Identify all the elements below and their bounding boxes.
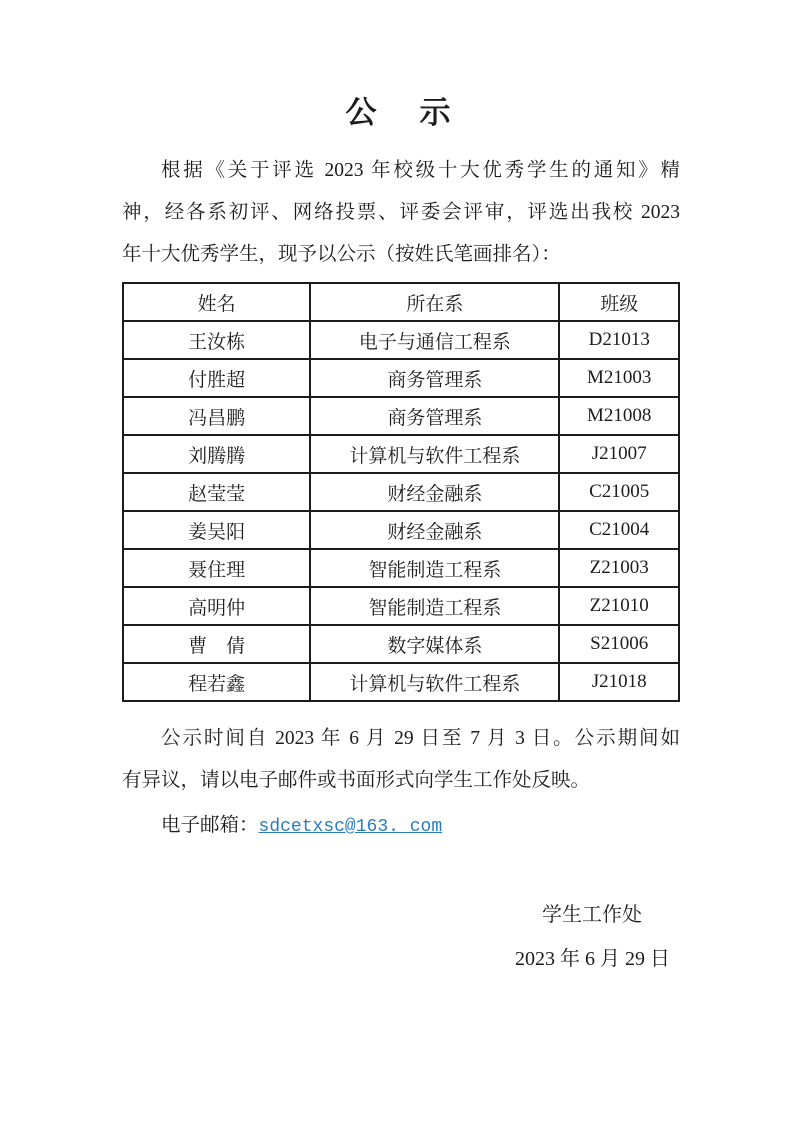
student-department: 智能制造工程系 (310, 587, 559, 625)
table-row: 付胜超商务管理系M21003 (123, 359, 679, 397)
student-department: 智能制造工程系 (310, 549, 559, 587)
table-row: 赵莹莹财经金融系C21005 (123, 473, 679, 511)
student-name: 冯昌鹏 (123, 397, 310, 435)
page-title: 公 示 (122, 90, 680, 136)
header-name: 姓名 (123, 283, 310, 321)
table-row: 曹 倩数字媒体系S21006 (123, 625, 679, 663)
email-line: 电子邮箱：sdcetxsc@163. com (122, 804, 680, 849)
student-name: 姜吴阳 (123, 511, 310, 549)
student-class: Z21010 (559, 587, 679, 625)
student-name: 付胜超 (123, 359, 310, 397)
student-department: 计算机与软件工程系 (310, 435, 559, 473)
student-department: 数字媒体系 (310, 625, 559, 663)
student-class: J21018 (559, 663, 679, 701)
student-name: 聂住理 (123, 549, 310, 587)
student-department: 电子与通信工程系 (310, 321, 559, 359)
students-table-body: 王汝栋电子与通信工程系D21013付胜超商务管理系M21003冯昌鹏商务管理系M… (123, 321, 679, 701)
student-department: 财经金融系 (310, 473, 559, 511)
student-class: M21008 (559, 397, 679, 435)
table-row: 刘腾腾计算机与软件工程系J21007 (123, 435, 679, 473)
student-name: 曹 倩 (123, 625, 310, 663)
student-class: Z21003 (559, 549, 679, 587)
email-link[interactable]: sdcetxsc@163. com (259, 817, 443, 837)
student-department: 商务管理系 (310, 397, 559, 435)
student-name: 高明仲 (123, 587, 310, 625)
student-department: 商务管理系 (310, 359, 559, 397)
student-department: 计算机与软件工程系 (310, 663, 559, 701)
email-label: 电子邮箱： (161, 815, 259, 836)
table-row: 聂住理智能制造工程系Z21003 (123, 549, 679, 587)
student-class: C21004 (559, 511, 679, 549)
table-row: 冯昌鹏商务管理系M21008 (123, 397, 679, 435)
table-row: 高明仲智能制造工程系Z21010 (123, 587, 679, 625)
students-table: 姓名 所在系 班级 王汝栋电子与通信工程系D21013付胜超商务管理系M2100… (122, 282, 680, 702)
student-name: 程若鑫 (123, 663, 310, 701)
student-class: D21013 (559, 321, 679, 359)
intro-line-3: 年十大优秀学生，现予以公示（按姓氏笔画排名）： (122, 234, 680, 276)
student-name: 赵莹莹 (123, 473, 310, 511)
student-name: 王汝栋 (123, 321, 310, 359)
intro-line-1: 根据《关于评选 2023 年校级十大优秀学生的通知》精 (122, 150, 680, 192)
signature-date: 2023 年 6 月 29 日 (122, 945, 680, 973)
table-header-row: 姓名 所在系 班级 (123, 283, 679, 321)
document-page: 公 示 根据《关于评选 2023 年校级十大优秀学生的通知》精 神，经各系初评、… (0, 0, 800, 1132)
header-class: 班级 (559, 283, 679, 321)
table-row: 王汝栋电子与通信工程系D21013 (123, 321, 679, 359)
student-department: 财经金融系 (310, 511, 559, 549)
intro-line-2: 神，经各系初评、网络投票、评委会评审，评选出我校 2023 (122, 192, 680, 234)
student-class: J21007 (559, 435, 679, 473)
student-name: 刘腾腾 (123, 435, 310, 473)
student-class: M21003 (559, 359, 679, 397)
closing-line-1: 公示时间自 2023 年 6 月 29 日至 7 月 3 日。公示期间如 (122, 718, 680, 760)
student-class: S21006 (559, 625, 679, 663)
table-row: 程若鑫计算机与软件工程系J21018 (123, 663, 679, 701)
signature-department: 学生工作处 (122, 901, 680, 929)
header-department: 所在系 (310, 283, 559, 321)
document-content: 公 示 根据《关于评选 2023 年校级十大优秀学生的通知》精 神，经各系初评、… (122, 90, 680, 973)
closing-line-2: 有异议，请以电子邮件或书面形式向学生工作处反映。 (122, 760, 680, 802)
table-row: 姜吴阳财经金融系C21004 (123, 511, 679, 549)
student-class: C21005 (559, 473, 679, 511)
